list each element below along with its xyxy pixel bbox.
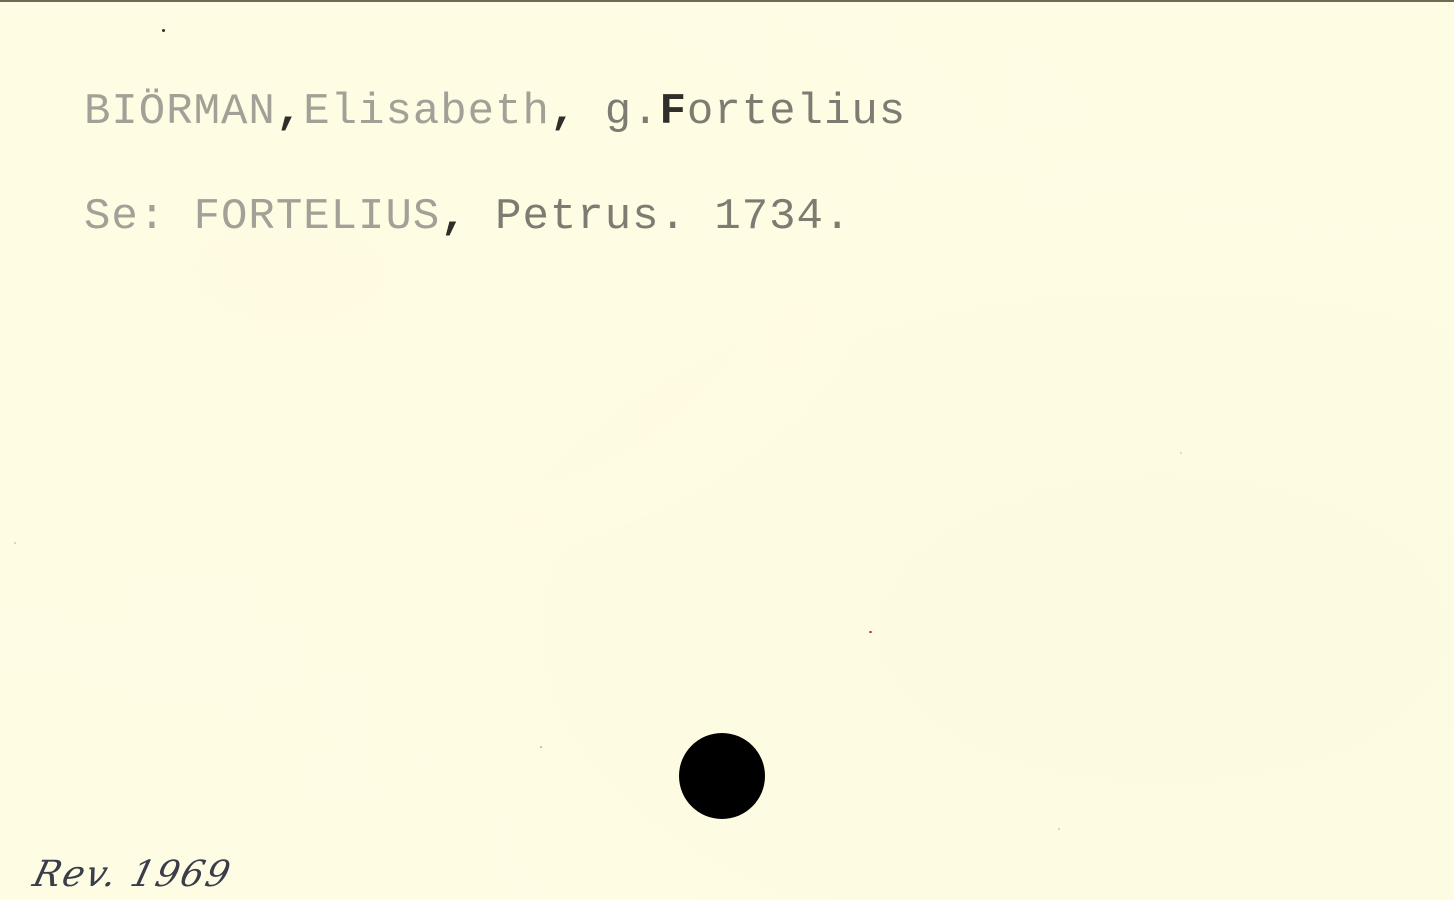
paper-speck <box>540 746 542 748</box>
paper-speck <box>1180 452 1182 454</box>
paper-speck <box>162 29 165 32</box>
ref-year: 1734. <box>714 192 851 242</box>
paper-speck <box>1058 828 1060 830</box>
handwritten-annotation: Rev. 1969 <box>29 854 236 895</box>
ref-surname: FORTELIUS <box>194 192 441 242</box>
punch-hole <box>679 733 765 819</box>
heading-surname: BIÖRMAN <box>84 87 276 137</box>
heading-married-prefix: g. <box>605 87 660 137</box>
ref-given-name: Petrus. <box>495 192 687 242</box>
heading-comma: , <box>276 87 303 137</box>
see-label: Se: <box>84 192 166 242</box>
paper-speck <box>14 542 16 544</box>
heading-comma-2: , <box>550 87 605 137</box>
cross-reference: Se: FORTELIUS, Petrus. 1734. <box>84 195 851 239</box>
heading-married-initial: F <box>660 87 687 137</box>
card-heading: BIÖRMAN,Elisabeth, g.Fortelius <box>84 90 906 134</box>
ref-comma: , <box>440 192 467 242</box>
heading-given-name: Elisabeth <box>303 87 550 137</box>
paper-speck <box>869 631 872 633</box>
heading-married-name: ortelius <box>687 87 906 137</box>
catalog-card: BIÖRMAN,Elisabeth, g.Fortelius Se: FORTE… <box>0 0 1454 900</box>
